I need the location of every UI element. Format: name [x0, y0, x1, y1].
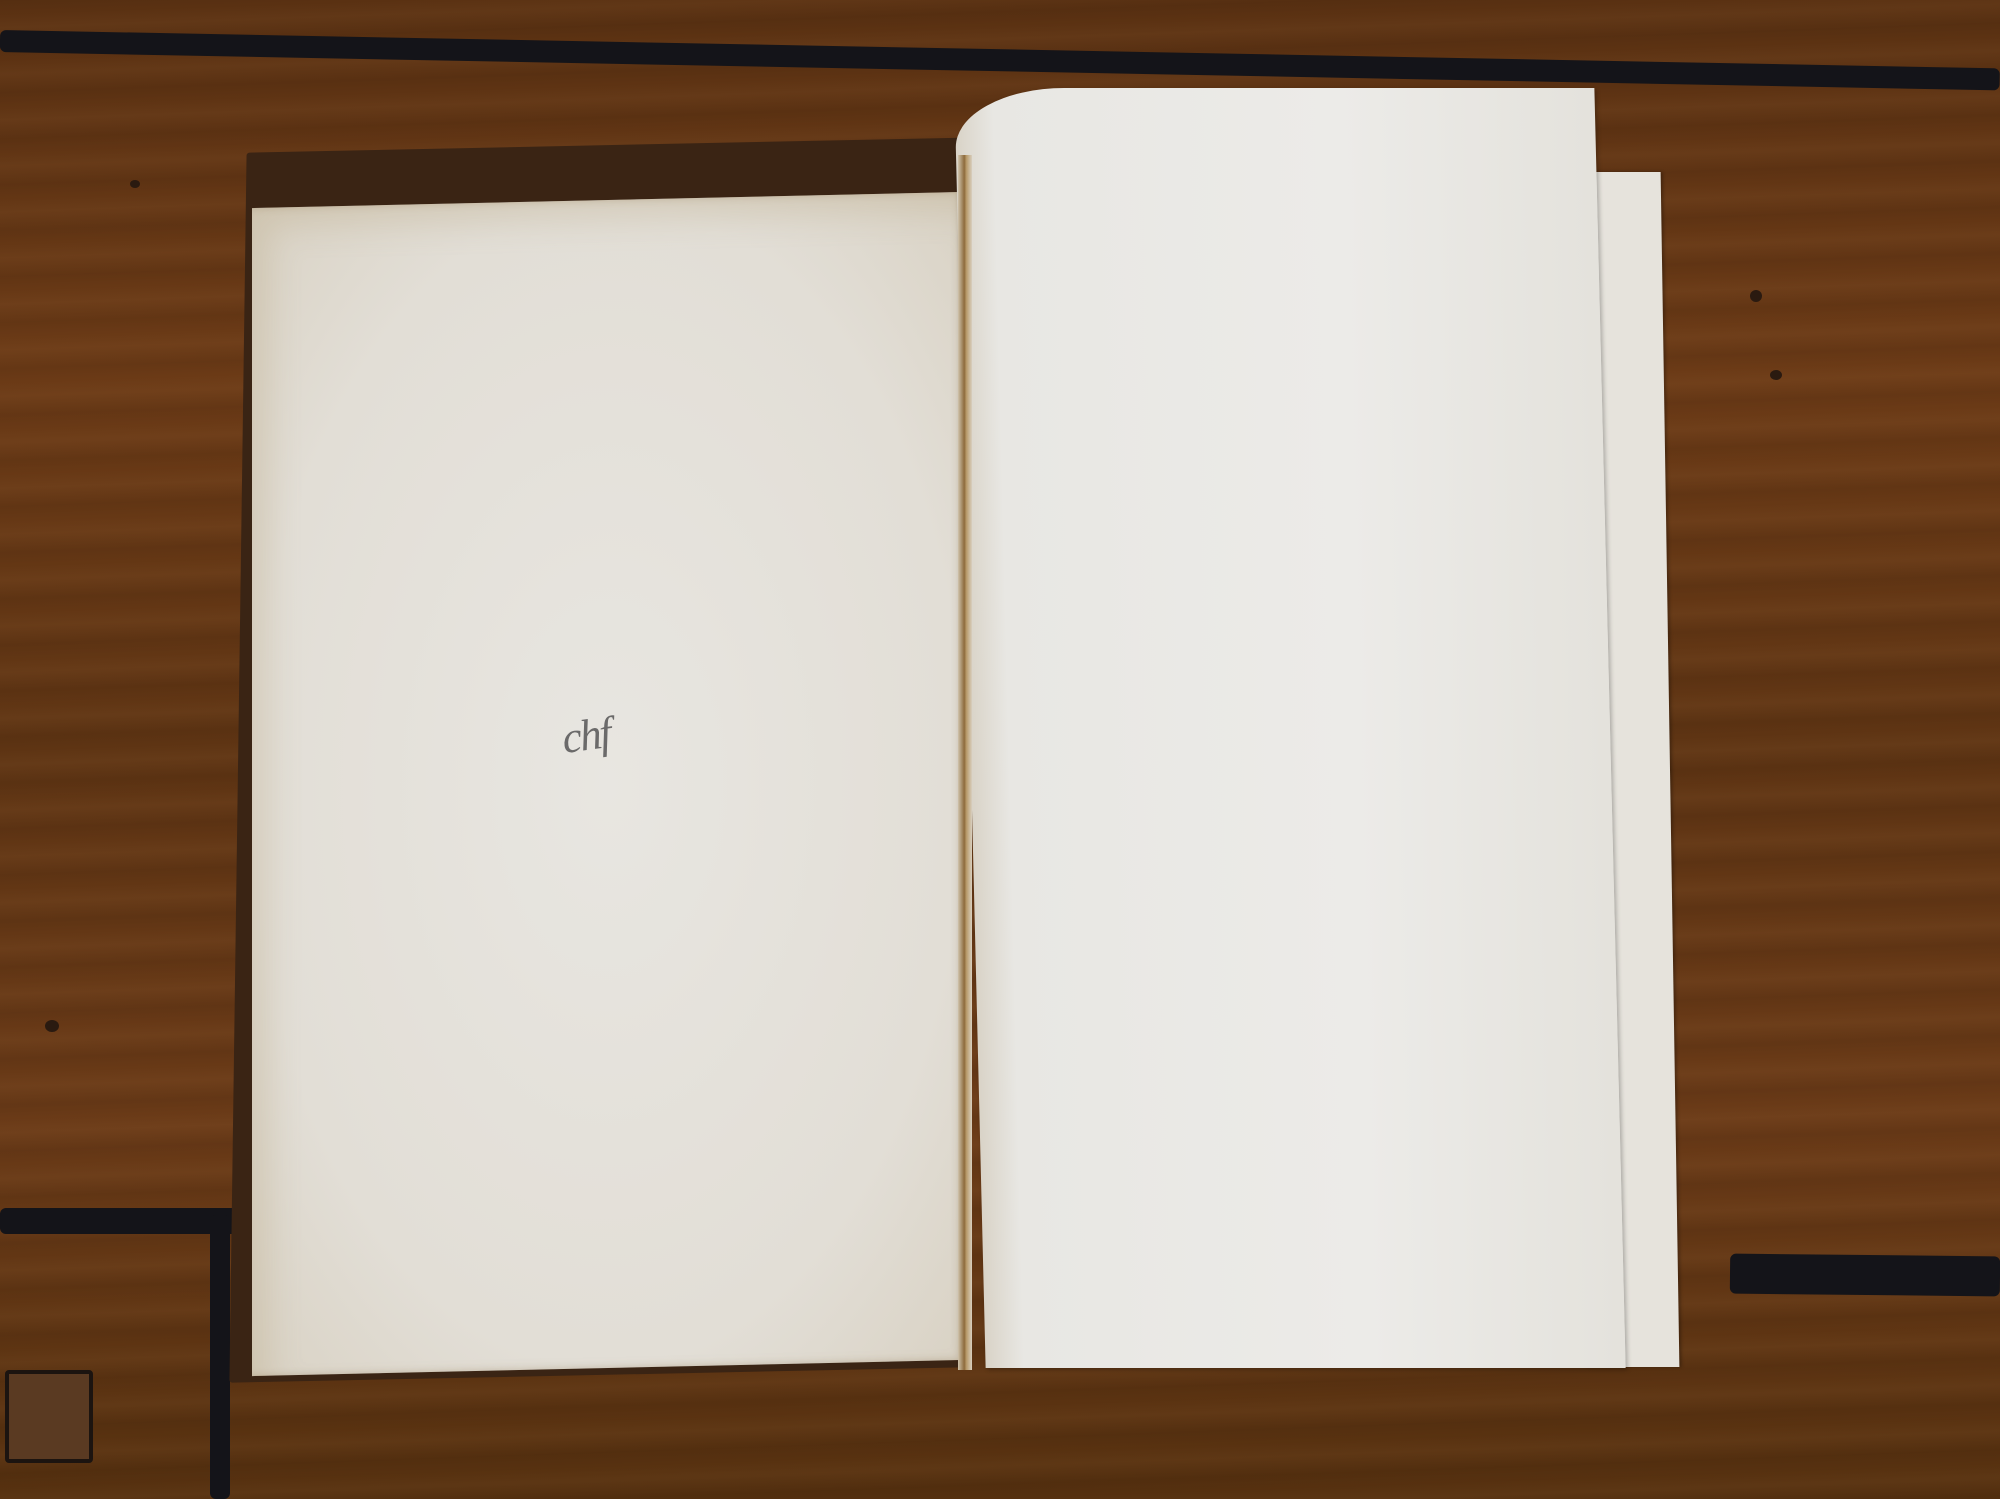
- wooden-plug: [5, 1370, 93, 1463]
- pencil-mark: chf: [559, 707, 613, 764]
- table-plank-gap: [210, 1215, 230, 1499]
- wood-knot: [1750, 290, 1762, 302]
- table-plank-gap: [0, 1208, 240, 1234]
- photo-scene: chf: [0, 0, 2000, 1499]
- book-spine-gutter: [958, 155, 972, 1370]
- table-plank-gap: [0, 30, 2000, 90]
- wood-knot: [45, 1020, 59, 1032]
- left-page: [252, 192, 965, 1376]
- table-plank-gap: [1730, 1254, 2000, 1297]
- wood-knot: [1770, 370, 1782, 380]
- right-page: [954, 88, 1625, 1368]
- wood-knot: [130, 180, 140, 188]
